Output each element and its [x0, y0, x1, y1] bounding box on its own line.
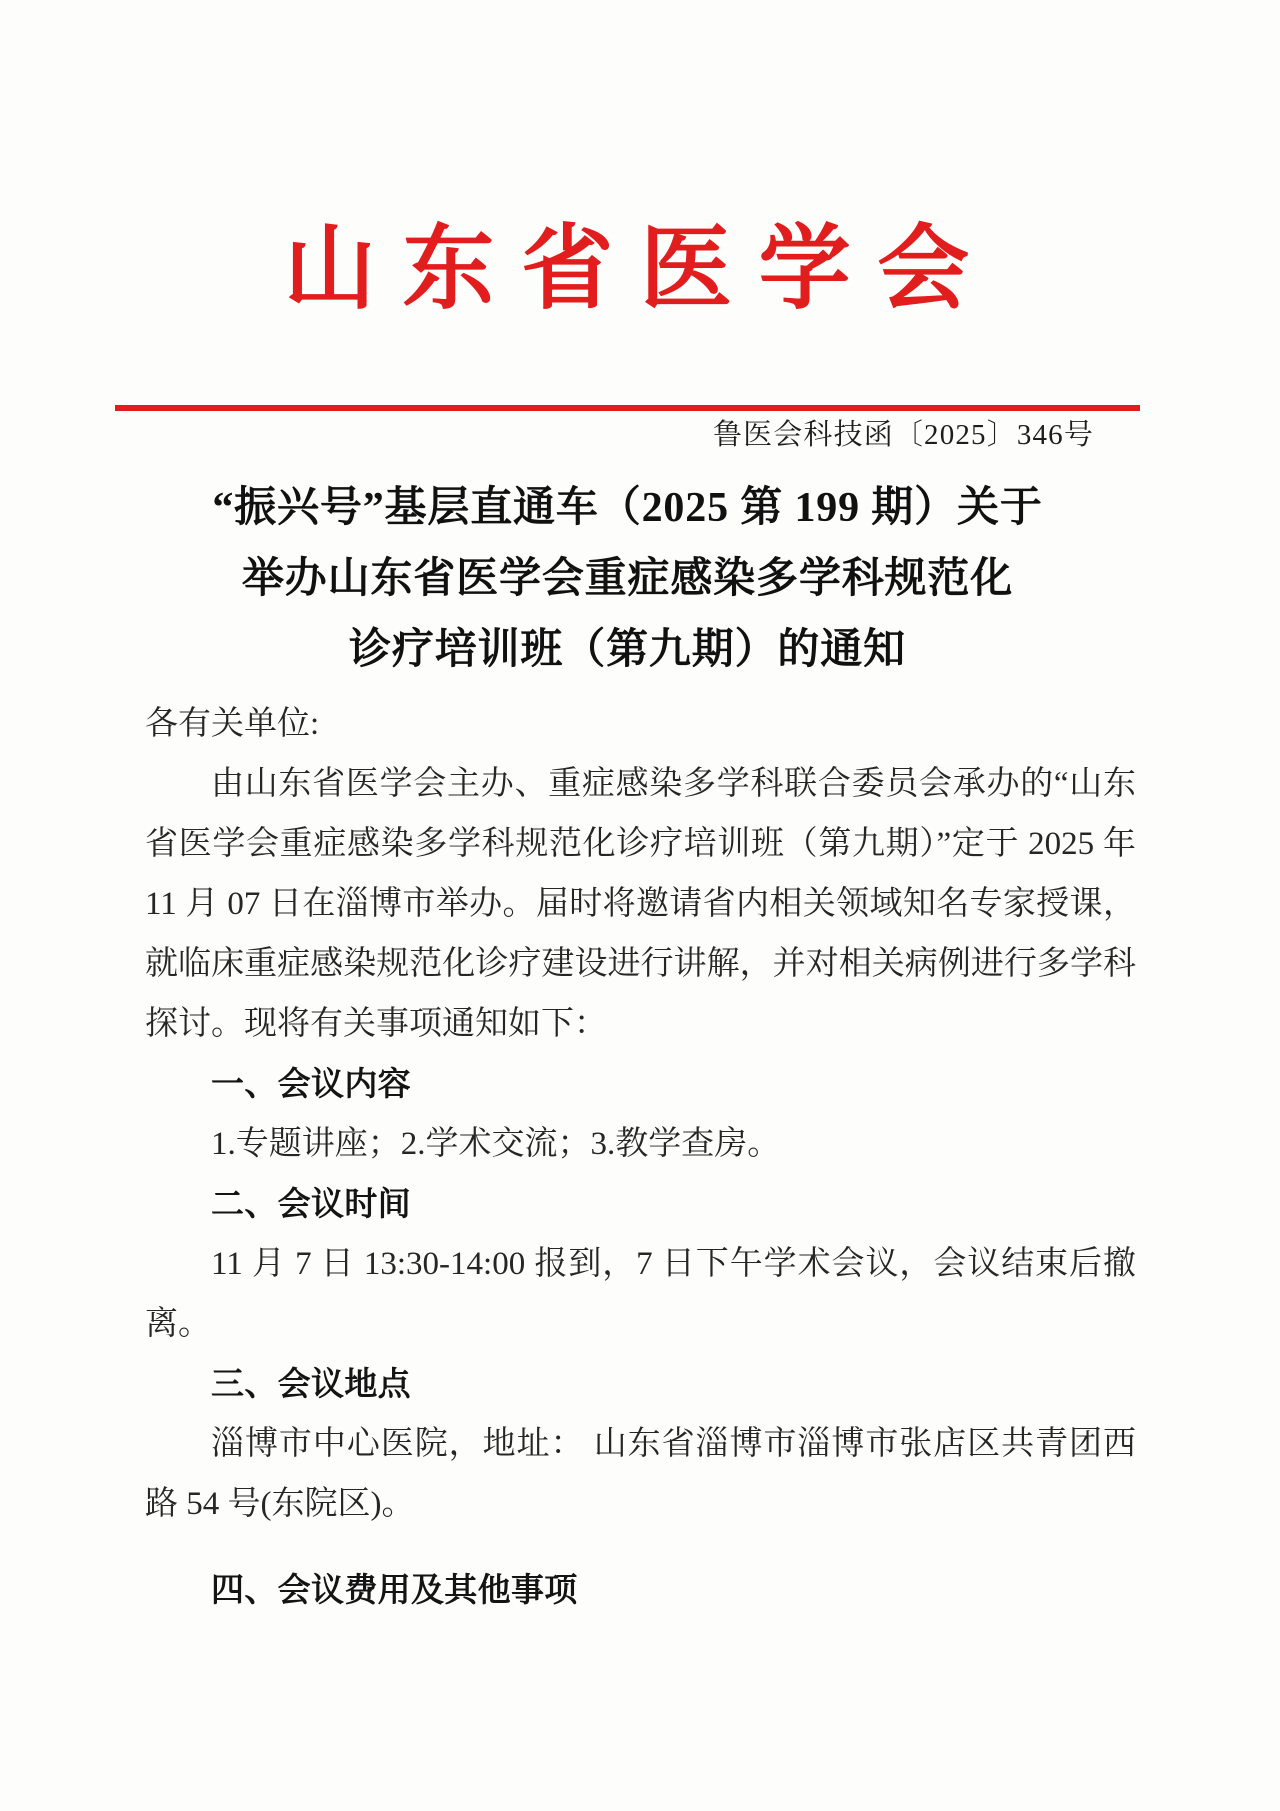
notice-title-line-2: 举办山东省医学会重症感染多学科规范化	[115, 544, 1140, 615]
doc-number: 鲁医会科技函〔2025〕346号	[115, 417, 1140, 453]
red-divider-line	[115, 405, 1140, 411]
document-body: 各有关单位: 由山东省医学会主办、重症感染多学科联合委员会承办的“山东省医学会重…	[115, 694, 1140, 1620]
section-heading-meeting-content: 一、会议内容	[145, 1054, 1136, 1114]
notice-title-line-1: “振兴号”基层直通车（2025 第 199 期）关于	[115, 473, 1140, 544]
intro-paragraph: 由山东省医学会主办、重症感染多学科联合委员会承办的“山东省医学会重症感染多学科规…	[145, 754, 1136, 1054]
org-title: 山 东 省 医 学 会	[115, 0, 1140, 327]
section-heading-meeting-location: 三、会议地点	[145, 1354, 1136, 1414]
section-body-meeting-location: 淄博市中心医院，地址： 山东省淄博市淄博市张店区共青团西路 54 号(东院区)。	[145, 1414, 1136, 1534]
section-heading-meeting-time: 二、会议时间	[145, 1174, 1136, 1234]
section-body-meeting-time: 11 月 7 日 13:30-14:00 报到，7 日下午学术会议，会议结束后撤…	[145, 1234, 1136, 1354]
notice-title-line-3: 诊疗培训班（第九期）的通知	[115, 615, 1140, 686]
document-content: 山 东 省 医 学 会 鲁医会科技函〔2025〕346号 “振兴号”基层直通车（…	[115, 0, 1140, 1620]
section-body-meeting-content: 1.专题讲座；2.学术交流；3.教学查房。	[145, 1114, 1136, 1174]
notice-title: “振兴号”基层直通车（2025 第 199 期）关于 举办山东省医学会重症感染多…	[115, 473, 1140, 686]
section-heading-meeting-fees: 四、会议费用及其他事项	[145, 1560, 1136, 1620]
salutation: 各有关单位:	[145, 694, 1136, 754]
document-page: 山 东 省 医 学 会 鲁医会科技函〔2025〕346号 “振兴号”基层直通车（…	[0, 0, 1280, 1811]
